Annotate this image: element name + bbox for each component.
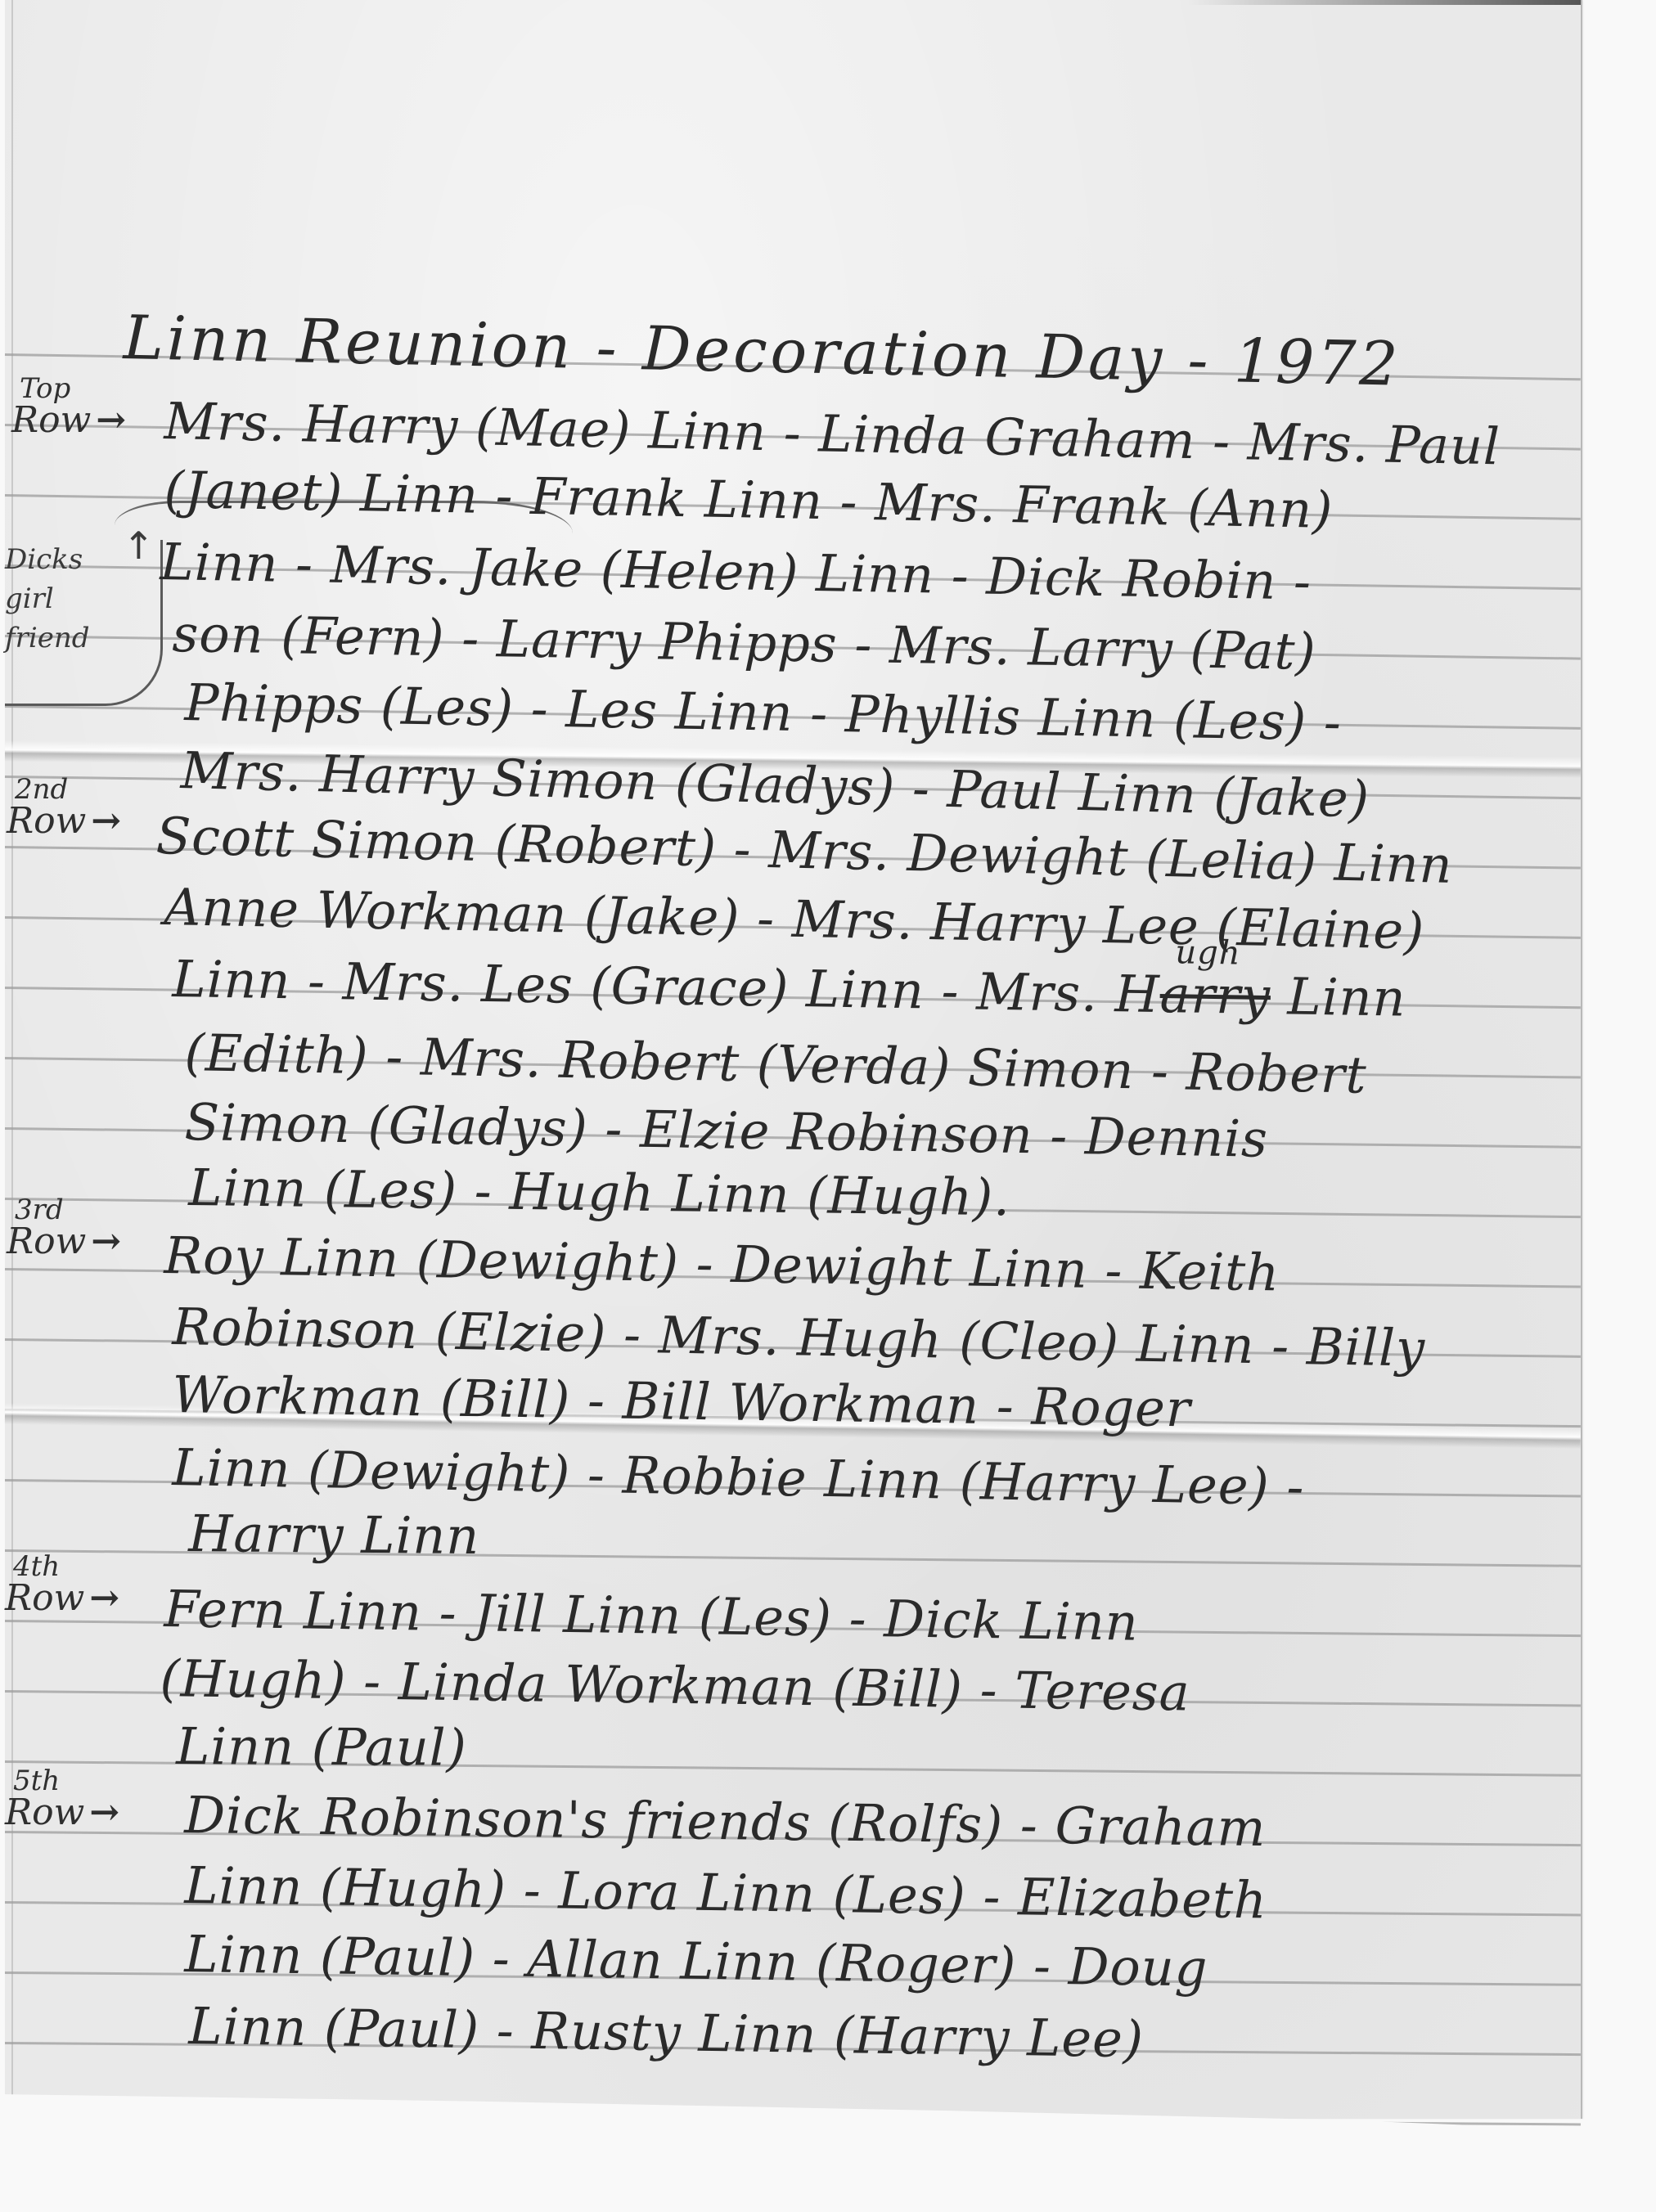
right-arrow-icon: →: [91, 1224, 121, 1260]
struck-text: arry: [1159, 964, 1271, 1026]
row-label-word: Row: [7, 803, 86, 839]
right-arrow-icon: →: [89, 1795, 119, 1831]
line-text: Linn: [1270, 966, 1406, 1028]
side-note-line: Dicks: [5, 540, 160, 579]
right-arrow-icon: →: [89, 1580, 119, 1616]
row-label-word: Row: [5, 1580, 84, 1616]
handwritten-line: Linn (Les) - Hugh Linn (Hugh).: [188, 1158, 1010, 1227]
row-label-2nd: 2nd Row→: [7, 776, 121, 839]
row-label-ordinal: 4th: [13, 1553, 119, 1580]
handwritten-line: Linn (Paul): [176, 1716, 467, 1778]
row-label-word: Row: [7, 1224, 86, 1260]
row-label-word: Row: [11, 402, 91, 438]
correction: arryugh: [1159, 964, 1271, 1026]
row-label-4th: 4th Row→: [5, 1553, 119, 1616]
handwritten-line: Harry Linn: [188, 1504, 480, 1566]
side-note: Dicks girl friend: [5, 540, 163, 706]
side-note-line: friend: [5, 618, 160, 658]
row-label-ordinal: 3rd: [15, 1196, 121, 1224]
side-note-line: girl: [5, 579, 160, 618]
row-label-3rd: 3rd Row→: [7, 1196, 121, 1260]
row-label-5th: 5th Row→: [5, 1767, 119, 1831]
row-label-top: Top Row→: [11, 375, 126, 438]
paper-top-edge: [1188, 0, 1581, 5]
row-label-ordinal: 2nd: [15, 776, 121, 803]
row-label-ordinal: 5th: [13, 1767, 119, 1795]
row-label-ordinal: Top: [20, 375, 126, 402]
inserted-text: ugh: [1175, 933, 1241, 972]
right-arrow-icon: →: [91, 803, 121, 839]
right-arrow-icon: →: [96, 402, 126, 438]
row-label-word: Row: [5, 1795, 84, 1831]
